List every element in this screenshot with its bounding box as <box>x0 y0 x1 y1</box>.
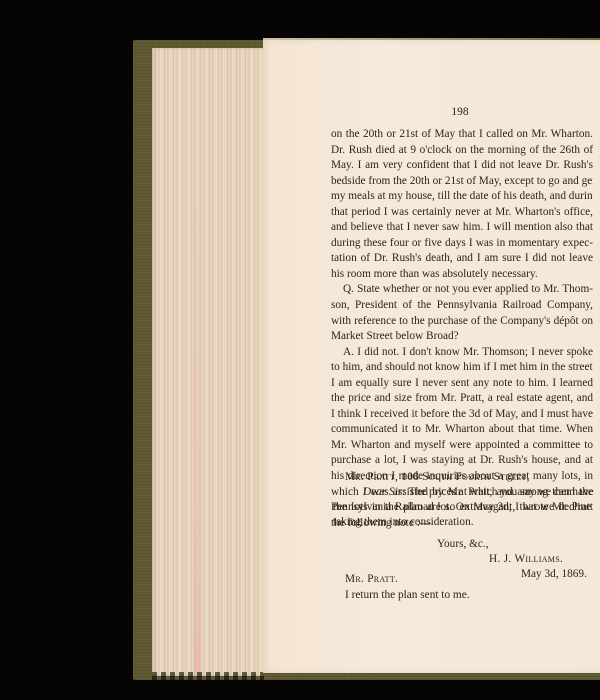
text-line: during these four or five days I was in … <box>331 236 593 252</box>
text-line: May. I am very confident that I did not … <box>331 158 593 174</box>
letter-opening: Dear Sir: The prices at which you say we… <box>363 485 594 501</box>
page-edge-tint <box>194 48 200 676</box>
text-line: his room more than was absolutely necess… <box>331 267 593 283</box>
letter-postscript: I return the plan sent to me. <box>345 588 470 604</box>
text-line: that period I was certainly never at Mr.… <box>331 205 593 221</box>
letter-closing: Yours, &c., <box>437 537 489 553</box>
text-line: Mr. Wharton and myself were appointed a … <box>331 438 593 454</box>
text-line: the price and size from Mr. Pratt, a rea… <box>331 391 593 407</box>
text-line: I am equally sure I never sent any note … <box>331 376 593 392</box>
answer-line: A. I did not. I don't know Mr. Thomson; … <box>331 345 593 361</box>
text-line: I think I received it before the 3d of M… <box>331 407 593 423</box>
letter-body-line: the lots in the plan are so extravagant,… <box>333 500 591 516</box>
text-line: communicated it to Mr. Wharton about tha… <box>331 422 593 438</box>
letter-signature: H. J. Williams. <box>489 552 563 568</box>
letter-address: Mr. Pratt, 108 South Fourth Street, <box>345 470 530 486</box>
text-line: Market Street below Broad? <box>331 329 593 345</box>
text-line: purchase a lot, I was staying at Dr. Rus… <box>331 453 593 469</box>
letter-salutation: Dear Sir: <box>363 486 406 498</box>
book-photo: 198 on the 20th or 21st of May that I ca… <box>0 0 600 700</box>
text-line: tation of Dr. Rush's death, and I am sur… <box>331 251 593 267</box>
text-line: my meals at my house, till the date of h… <box>331 189 593 205</box>
page-number: 198 <box>440 106 480 118</box>
page-edge-ragged <box>152 672 264 680</box>
letter-recipient: Mr. Pratt. <box>345 572 398 588</box>
text-line: with reference to the purchase of the Co… <box>331 314 593 330</box>
text-line: to him, and should not know him if I met… <box>331 360 593 376</box>
text-line: on the 20th or 21st of May that I called… <box>331 127 593 143</box>
text-line: bedside from the 20th or 21st of May, ex… <box>331 174 593 190</box>
letter-body-line: taking them into consideration. <box>333 515 474 531</box>
text-line: Dr. Rush died at 9 o'clock on the mornin… <box>331 143 593 159</box>
letter-date: May 3d, 1869. <box>521 567 587 583</box>
page-edges <box>152 48 264 676</box>
question-line: Q. State whether or not you ever applied… <box>331 282 593 298</box>
text-line: son, President of the Pennsylvania Railr… <box>331 298 593 314</box>
letter-body-line: The prices at which you say we can have <box>406 486 594 498</box>
text-line: and believe that I never saw him. I will… <box>331 220 593 236</box>
